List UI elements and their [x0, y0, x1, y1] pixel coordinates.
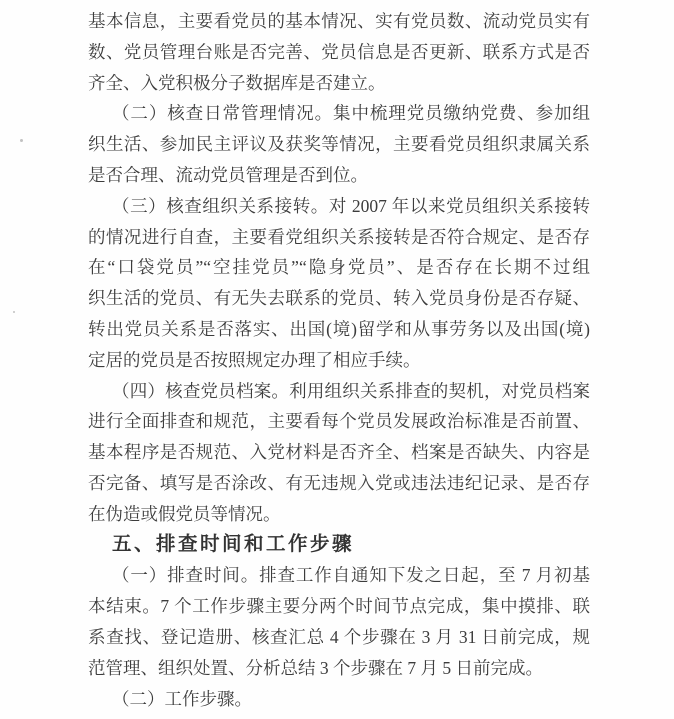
- text-line-23: （二）工作步骤。: [88, 684, 590, 715]
- text-line-9: 在“口袋党员”“空挂党员”“隐身党员”、是否存在长期不过组: [88, 252, 590, 283]
- text-line-13: （四）核查党员档案。利用组织关系排查的契机，对党员档案: [88, 376, 590, 407]
- text-line-10: 织生活的党员、有无失去联系的党员、转入党员身份是否存疑、: [88, 283, 590, 314]
- text-line-7: （三）核查组织关系接转。对 2007 年以来党员组织关系接转: [88, 191, 590, 222]
- text-line-5: 织生活、参加民主评议及获奖等情况，主要看党员组织隶属关系: [88, 129, 590, 160]
- text-line-17: 在伪造或假党员等情况。: [88, 499, 590, 530]
- text-line-6: 是否合理、流动党员管理是否到位。: [88, 160, 590, 191]
- text-line-21: 系查找、登记造册、核查汇总 4 个步骤在 3 月 31 日前完成，规: [88, 622, 590, 653]
- text-line-22: 范管理、组织处置、分析总结 3 个步骤在 7 月 5 日前完成。: [88, 653, 590, 684]
- text-line-1: 基本信息，主要看党员的基本情况、实有党员数、流动党员实有: [88, 6, 590, 37]
- scan-speck: [13, 311, 15, 313]
- text-line-11: 转出党员关系是否落实、出国(境)留学和从事劳务以及出国(境): [88, 314, 590, 345]
- section-heading: 五、排查时间和工作步骤: [88, 530, 590, 561]
- scan-speck: [20, 139, 23, 142]
- text-line-2: 数、党员管理台账是否完善、党员信息是否更新、联系方式是否: [88, 37, 590, 68]
- text-line-3: 齐全、入党积极分子数据库是否建立。: [88, 68, 590, 99]
- text-line-14: 进行全面排查和规范，主要看每个党员发展政治标准是否前置、: [88, 406, 590, 437]
- text-line-19: （一）排查时间。排查工作自通知下发之日起，至 7 月初基: [88, 560, 590, 591]
- text-line-12: 定居的党员是否按照规定办理了相应手续。: [88, 345, 590, 376]
- text-line-15: 基本程序是否规范、入党材料是否齐全、档案是否缺失、内容是: [88, 437, 590, 468]
- text-line-8: 的情况进行自查，主要看党组织关系接转是否符合规定、是否存: [88, 222, 590, 253]
- text-line-16: 否完备、填写是否涂改、有无违规入党或违法违纪记录、是否存: [88, 468, 590, 499]
- text-line-20: 本结束。7 个工作步骤主要分两个时间节点完成，集中摸排、联: [88, 591, 590, 622]
- text-line-4: （二）核查日常管理情况。集中梳理党员缴纳党费、参加组: [88, 98, 590, 129]
- document-page: 基本信息，主要看党员的基本情况、实有党员数、流动党员实有数、党员管理台账是否完善…: [0, 0, 674, 719]
- document-body-text: 基本信息，主要看党员的基本情况、实有党员数、流动党员实有数、党员管理台账是否完善…: [88, 6, 590, 714]
